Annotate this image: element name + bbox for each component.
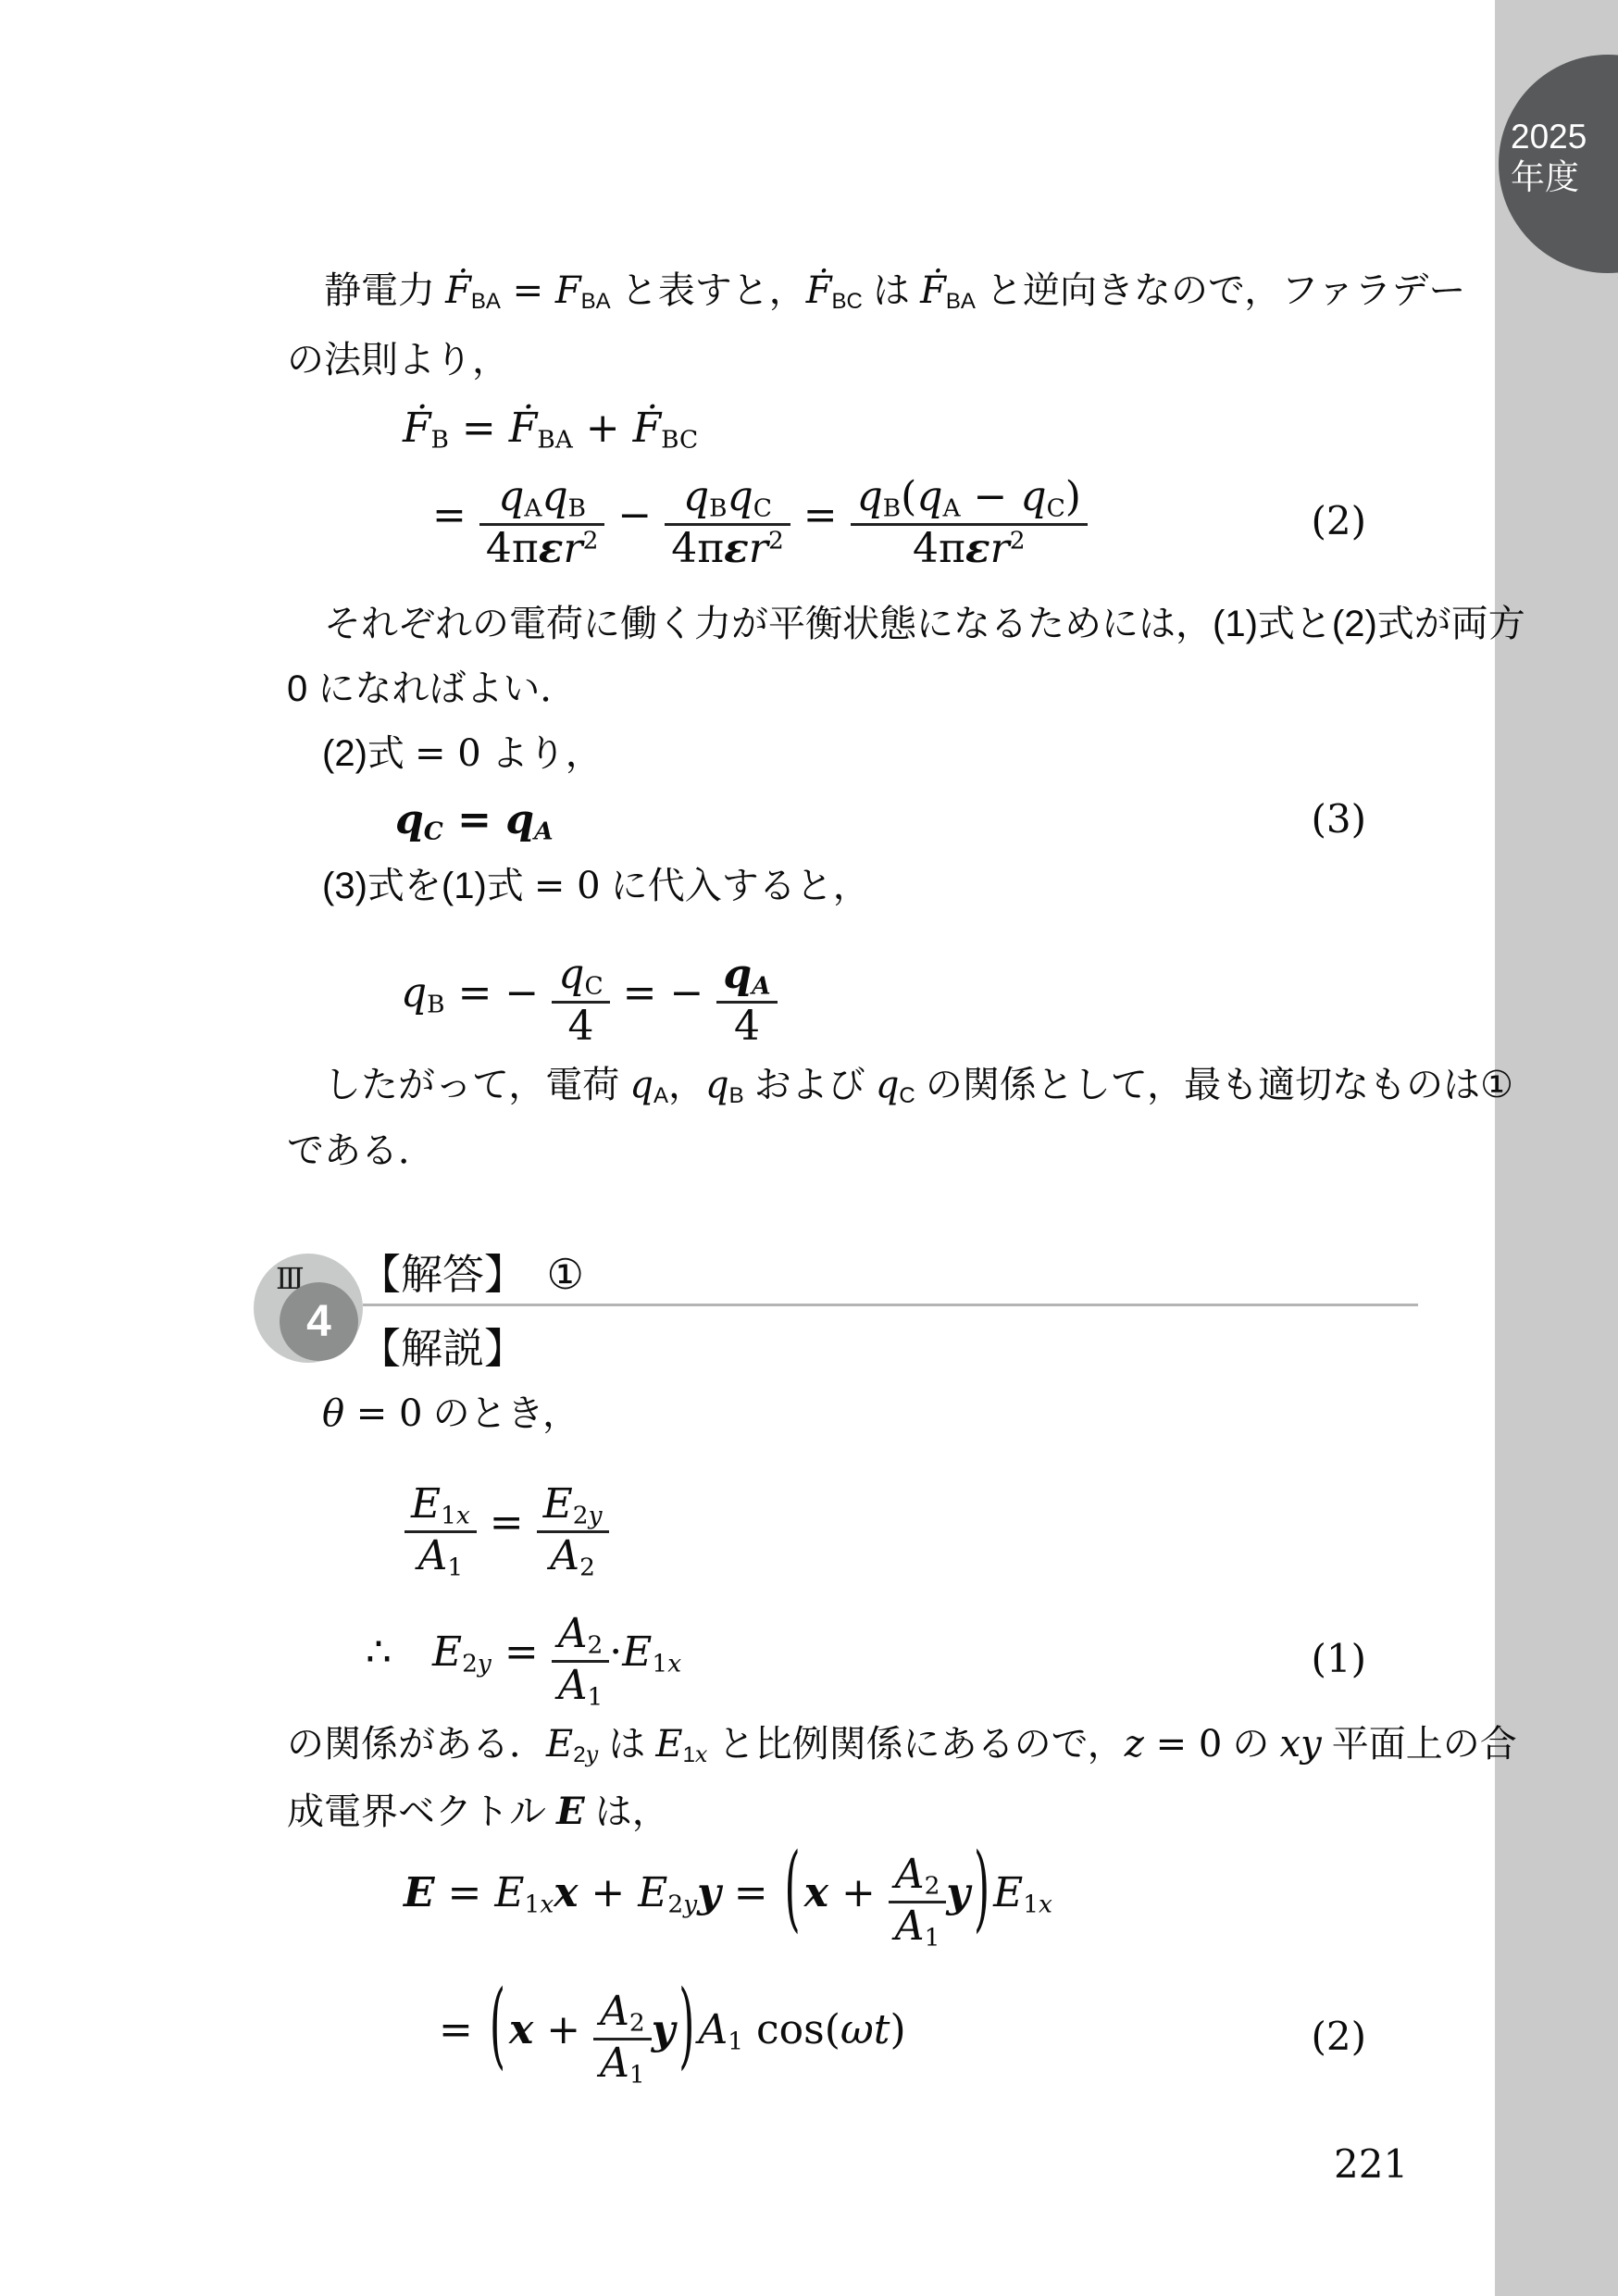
book-page: 2025 年度 静電力 ḞBA = FBA と表すと，ḞBC は ḞBA と逆向… xyxy=(0,0,1618,2296)
page-number: 221 xyxy=(1334,2141,1408,2187)
paragraph-line: の関係がある．E2y は E1x と比例関係にあるので，z = 0 の xy 平… xyxy=(287,1721,1517,1769)
year-tab-nendo: 年度 xyxy=(1511,160,1579,194)
problem-badge: Ⅲ 4 xyxy=(254,1254,363,1363)
explanation-heading: 【解説】 xyxy=(359,1323,526,1375)
equation-qc-qa: qC = qA xyxy=(395,796,554,846)
equation-e2y: ∴ E2y = A2A1·E1x xyxy=(366,1611,681,1712)
equation-e-vector: E = E1xx + E2yy = (x + A2A1y)E1x xyxy=(404,1852,1052,1953)
equation-e-vector-cos: = (x + A2A1y)A1 cos(ωt) xyxy=(439,1989,906,2090)
page-edge-strip xyxy=(1495,0,1618,2296)
year-tab-year: 2025 xyxy=(1511,119,1587,154)
equation-label: (1) xyxy=(1312,1636,1367,1681)
equation-fb: ḞB = ḞBA + ḞBC xyxy=(403,405,698,455)
problem-number-circle: 4 xyxy=(280,1282,358,1361)
problem-number: 4 xyxy=(306,1300,331,1344)
equation-label: (2) xyxy=(1312,2014,1367,2059)
equation-label: (2) xyxy=(1312,498,1367,543)
paragraph-line: 0 になればよい． xyxy=(287,666,577,712)
paragraph-line: 静電力 ḞBA = FBA と表すと，ḞBC は ḞBA と逆向きなので，ファラ… xyxy=(287,268,1465,316)
paragraph-line: したがって，電荷 qA，qB および qC の関係として，最も適切なものは① xyxy=(287,1062,1513,1110)
paragraph-line: θ = 0 のとき， xyxy=(322,1391,579,1437)
paragraph-line: (2)式 = 0 より， xyxy=(322,730,603,777)
paragraph-line: (3)式を(1)式 = 0 に代入すると， xyxy=(322,863,870,909)
answer-heading: 【解答】 ① xyxy=(359,1249,584,1301)
equation-fb-expanded: = qAqB4πεr2 − qBqC4πεr2 = qB(qA − qC)4πε… xyxy=(432,474,1088,573)
equation-label: (3) xyxy=(1312,796,1367,842)
equation-qb: qB = − qC4 = − qA4 xyxy=(401,952,778,1051)
paragraph-line: の法則より， xyxy=(287,337,509,383)
equation-e-ratio: E1xA1 = E2yA2 xyxy=(404,1481,609,1582)
paragraph-line: 成電界ベクトル E は， xyxy=(287,1789,669,1835)
paragraph-line: である． xyxy=(287,1128,435,1174)
answer-divider-line xyxy=(363,1304,1418,1306)
paragraph-line: それぞれの電荷に働く力が平衡状態になるためには，(1)式と(2)式が両方 xyxy=(287,601,1525,647)
